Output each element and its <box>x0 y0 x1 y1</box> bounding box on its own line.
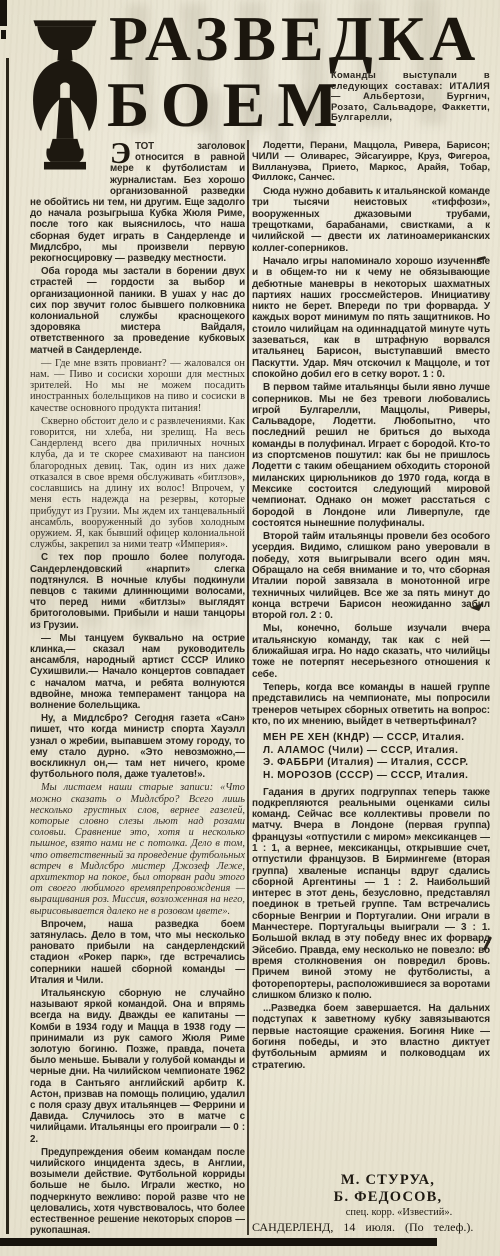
paragraph-quote: — Где мне взять провиант? — жаловался он… <box>30 358 245 414</box>
paragraph-quote: Скверно обстоит дело и с развлечениями. … <box>30 416 245 550</box>
paragraph: С тех пор прошло более полугода. Сандерл… <box>30 552 245 630</box>
prediction-item: Н. МОРОЗОВ (СССР) — СССР, Италия. <box>252 770 490 782</box>
paragraph: Второй тайм итальянцы провели без особог… <box>252 531 490 621</box>
paragraph: Итальянскую сборную не случайно называют… <box>30 988 245 1145</box>
coach-predictions-list: МЕН РЕ ХЕН (КНДР) — СССР, Италия. Л. АЛА… <box>252 732 490 782</box>
paragraph: Теперь, когда все команды в нашей группе… <box>252 682 490 727</box>
signature-block: М. СТУРУА, Б. ФЕДОСОВ, спец. корр. «Изве… <box>252 1162 490 1235</box>
paragraph: Оба города мы застали в борении двух стр… <box>30 266 245 356</box>
author-name: Б. ФЕДОСОВ, <box>252 1189 490 1206</box>
paragraph: Начало игры напоминало хорошо изученные … <box>252 256 490 380</box>
paragraph: В первом тайме итальянцы были явно лучше… <box>252 382 490 529</box>
prediction-item: МЕН РЕ ХЕН (КНДР) — СССР, Италия. <box>252 732 490 744</box>
headline-line1: РАЗВЕДКА <box>109 7 480 71</box>
left-column-rule <box>6 58 9 1234</box>
prediction-item: Л. АЛАМОС (Чили) — СССР, Италия. <box>252 745 490 757</box>
paragraph: Впрочем, наша разведка боем затянулась. … <box>30 919 245 986</box>
prediction-item: Э. ФАББРИ (Италия) — Италия, СССР. <box>252 757 490 769</box>
lead-paragraph: Э ТОТ заголовок относится в равной мере … <box>30 141 245 264</box>
paragraph: Предупреждения обеим командам после чили… <box>30 1147 245 1235</box>
paragraph: Сюда нужно добавить к итальянской команд… <box>252 186 490 254</box>
trophy-wrap-spacer <box>30 141 110 187</box>
team-lineup-continued: Лодетти, Перани, Маццола, Ривера, Барисо… <box>252 141 490 184</box>
paragraph: ...Разведка боем завершается. На дальних… <box>252 1003 490 1071</box>
scan-edge-artifact <box>1 30 6 39</box>
headline-line2: БОЕМ <box>107 73 350 137</box>
dateline: САНДЕРЛЕНД, 14 июля. (По телеф.). <box>252 1220 490 1235</box>
paragraph: Гадания в других подгруппах теперь также… <box>252 787 490 1002</box>
author-role: спец. корр. «Известий». <box>252 1206 490 1220</box>
dropcap-letter: Э <box>110 141 135 163</box>
right-column: Лодетти, Перани, Маццола, Ривера, Барисо… <box>252 141 490 1235</box>
paragraph-quote: Мы листаем наши старые записи: «Что можн… <box>30 782 245 916</box>
paragraph: — Мы танцуем буквально на острие клинка,… <box>30 633 245 711</box>
paragraph: Ну, а Мидлсбро? Сегодня газета «Сан» пиш… <box>30 713 245 780</box>
bottom-rule <box>0 1238 437 1246</box>
scan-edge-artifact <box>0 0 7 26</box>
left-column: Э ТОТ заголовок относится в равной мере … <box>30 141 245 1235</box>
newspaper-page: РАЗВЕДКА БОЕМ Команды выступали в следую… <box>0 0 500 1256</box>
paragraph: Мы, конечно, больше изучали вчера италья… <box>252 623 490 679</box>
team-lineup-intro: Команды выступали в следующих составах: … <box>331 70 490 123</box>
author-name: М. СТУРУА, <box>252 1172 490 1189</box>
article-body: Э ТОТ заголовок относится в равной мере … <box>30 141 490 1235</box>
